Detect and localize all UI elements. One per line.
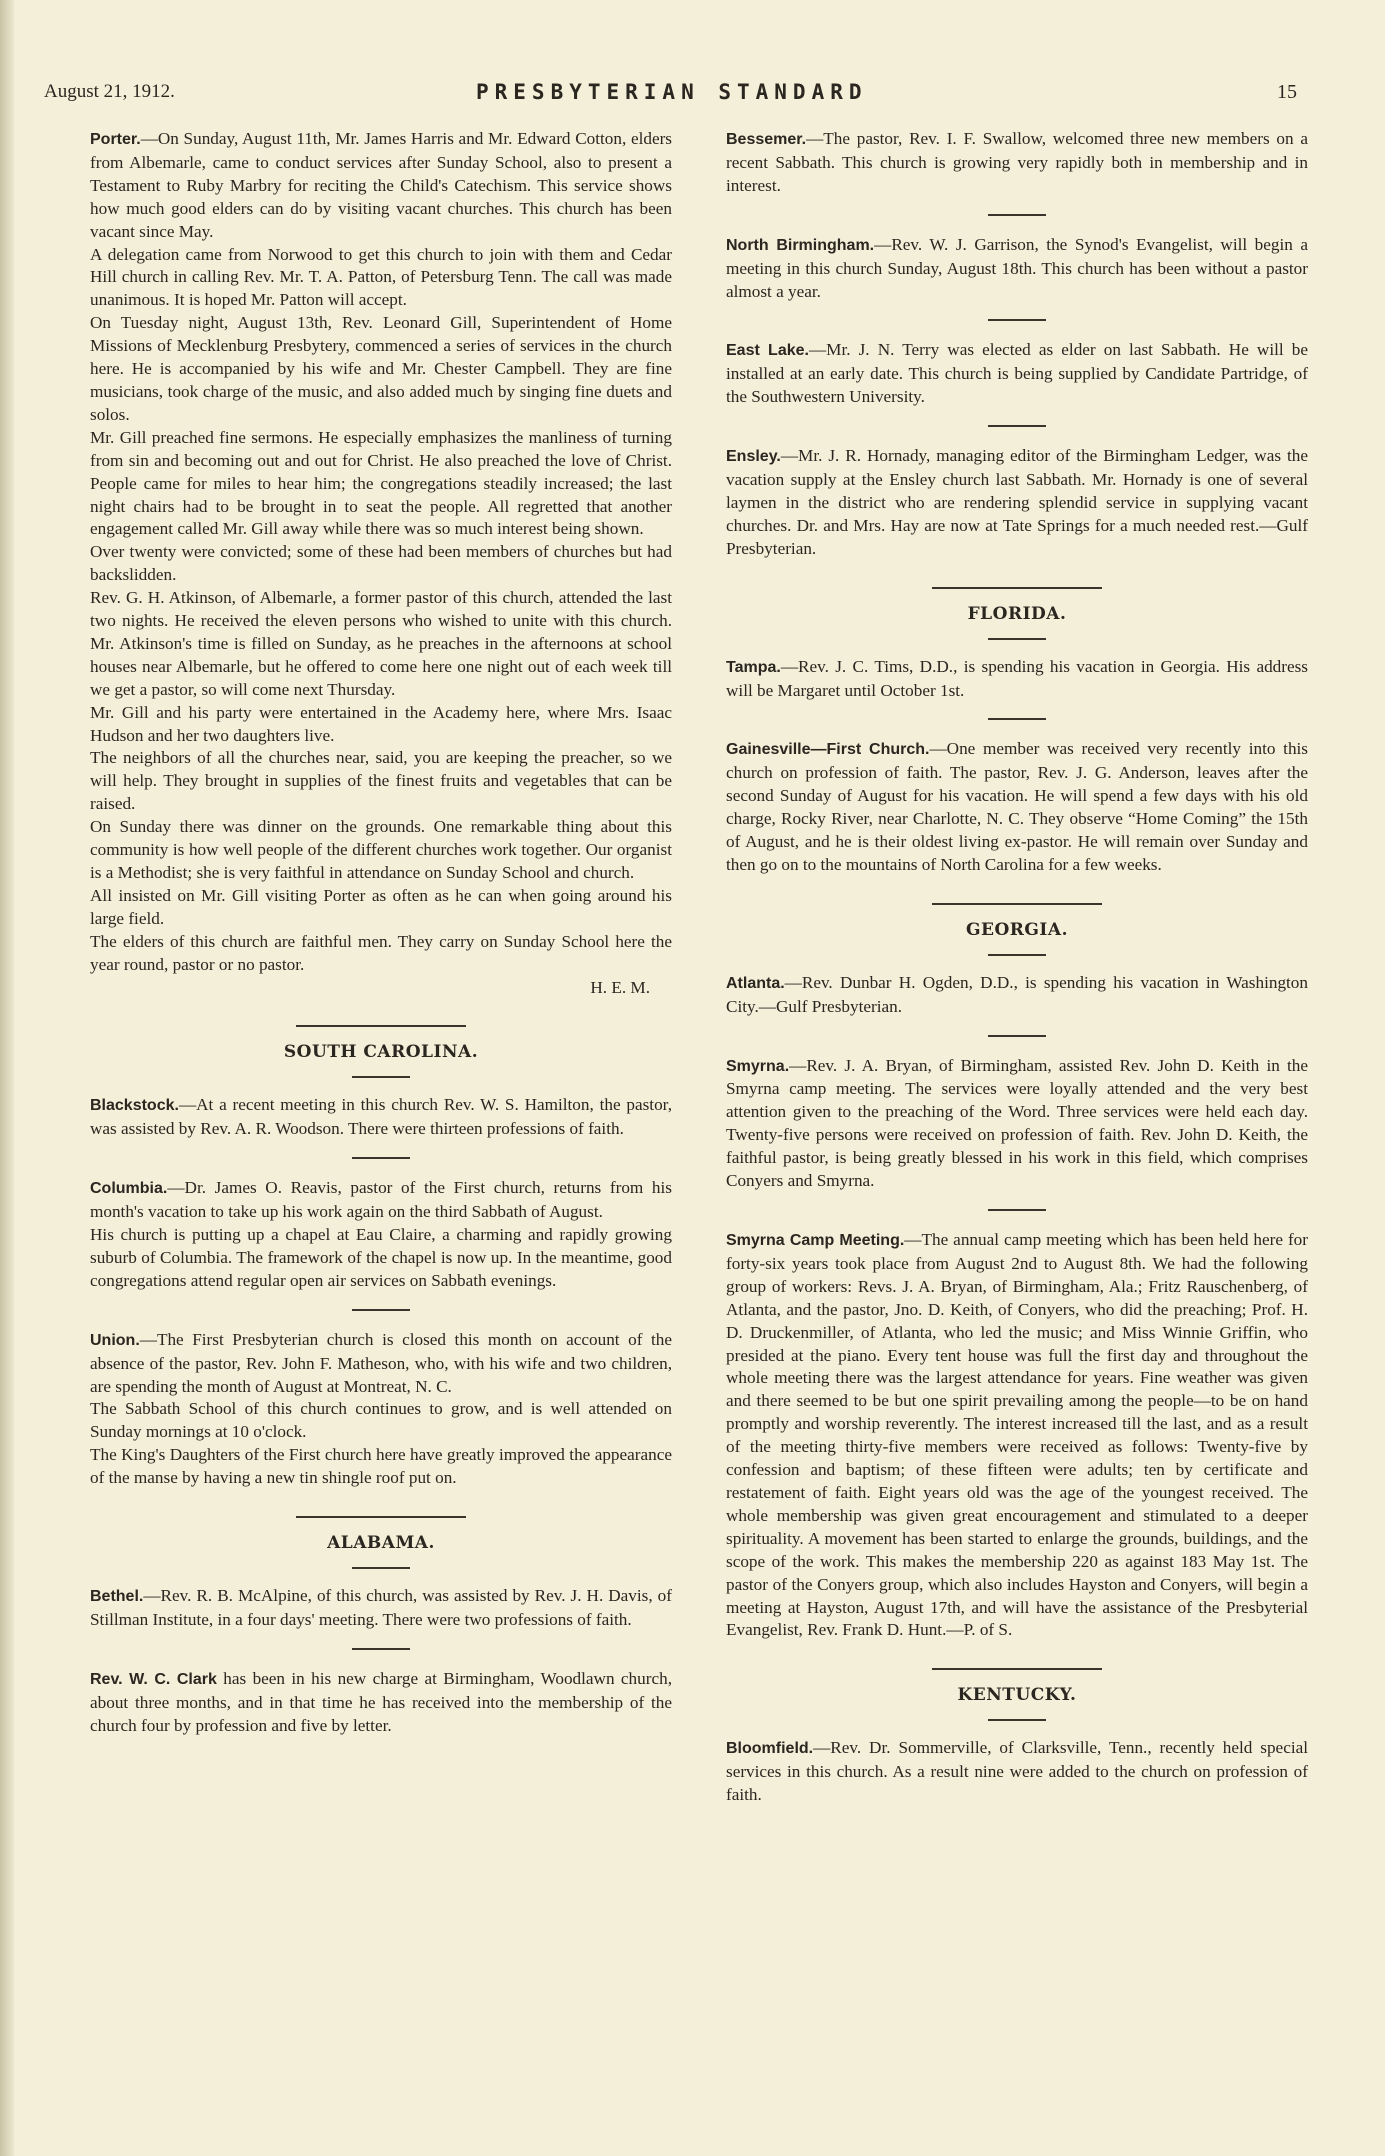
article-paragraph: Mr. Gill preached fine sermons. He espec…	[90, 427, 672, 542]
article-text: —The annual camp meeting which has been …	[726, 1230, 1308, 1639]
article-text: —Mr. J. R. Hornady, managing editor of t…	[726, 446, 1308, 558]
divider	[352, 1076, 410, 1078]
divider	[352, 1648, 410, 1650]
article-lead: East Lake.	[726, 342, 809, 359]
section-title-florida: FLORIDA.	[726, 603, 1308, 626]
issue-date: August 21, 1912.	[44, 81, 175, 103]
divider	[352, 1157, 410, 1159]
article-bessemer: Bessemer.—The pastor, Rev. I. F. Swallow…	[726, 128, 1308, 198]
divider	[988, 954, 1046, 956]
article-paragraph: On Sunday there was dinner on the ground…	[90, 816, 672, 885]
article-lead: Columbia.	[90, 1180, 167, 1197]
article-lead: Bethel.	[90, 1588, 143, 1605]
article-lead: Smyrna Camp Meeting.	[726, 1232, 904, 1249]
page-number: 15	[1277, 81, 1297, 104]
article-columbia: Columbia.—Dr. James O. Reavis, pastor of…	[90, 1177, 672, 1293]
article-ensley: Ensley.—Mr. J. R. Hornady, managing edit…	[726, 445, 1308, 561]
article-lead: Smyrna.	[726, 1058, 789, 1075]
article-paragraph: The Sabbath School of this church contin…	[90, 1398, 672, 1444]
divider	[988, 319, 1046, 321]
article-paragraph: His church is putting up a chapel at Eau…	[90, 1224, 672, 1293]
divider	[988, 1035, 1046, 1037]
article-atlanta: Atlanta.—Rev. Dunbar H. Ogden, D.D., is …	[726, 972, 1308, 1019]
divider	[988, 214, 1046, 216]
divider	[988, 638, 1046, 640]
article-lead: Bessemer.	[726, 131, 806, 148]
section-title-kentucky: KENTUCKY.	[726, 1684, 1308, 1707]
divider	[352, 1567, 410, 1569]
article-tampa: Tampa.—Rev. J. C. Tims, D.D., is spendin…	[726, 656, 1308, 703]
article-smyrna: Smyrna.—Rev. J. A. Bryan, of Birmingham,…	[726, 1055, 1308, 1193]
article-text: —Rev. J. C. Tims, D.D., is spending his …	[726, 657, 1308, 700]
article-lead: Union.	[90, 1332, 140, 1349]
article-paragraph: The elders of this church are faithful m…	[90, 931, 672, 977]
article-text: —Rev. R. B. McAlpine, of this church, wa…	[90, 1586, 672, 1629]
article-paragraph: The neighbors of all the churches near, …	[90, 747, 672, 816]
article-text: —Rev. J. A. Bryan, of Birmingham, assist…	[726, 1056, 1308, 1191]
article-paragraph: On Tuesday night, August 13th, Rev. Leon…	[90, 312, 672, 427]
article-text: —On Sunday, August 11th, Mr. James Harri…	[90, 129, 672, 241]
article-lead: Tampa.	[726, 659, 781, 676]
section-divider	[932, 903, 1102, 905]
article-text: —Dr. James O. Reavis, pastor of the Firs…	[90, 1178, 672, 1221]
section-divider	[296, 1516, 466, 1518]
article-paragraph: Rev. G. H. Atkinson, of Albemarle, a for…	[90, 587, 672, 702]
divider	[988, 425, 1046, 427]
article-lead: Ensley.	[726, 448, 781, 465]
article-east-lake: East Lake.—Mr. J. N. Terry was elected a…	[726, 339, 1308, 409]
article-text: —Rev. Dr. Sommerville, of Clarksville, T…	[726, 1738, 1308, 1804]
signature: H. E. M.	[90, 977, 672, 1000]
article-lead: Bloomfield.	[726, 1740, 813, 1757]
article-bloomfield: Bloomfield.—Rev. Dr. Sommerville, of Cla…	[726, 1737, 1308, 1807]
article-bethel: Bethel.—Rev. R. B. McAlpine, of this chu…	[90, 1585, 672, 1632]
section-title-alabama: ALABAMA.	[90, 1532, 672, 1555]
article-paragraph: The King's Daughters of the First church…	[90, 1444, 672, 1490]
divider	[352, 1309, 410, 1311]
article-text: —The First Presbyterian church is closed…	[90, 1330, 672, 1396]
divider	[988, 1209, 1046, 1211]
article-north-birmingham: North Birmingham.—Rev. W. J. Garrison, t…	[726, 234, 1308, 304]
article-lead: Blackstock.	[90, 1097, 179, 1114]
masthead-title: PRESBYTERIAN STANDARD	[476, 80, 868, 104]
article-text: —The pastor, Rev. I. F. Swallow, welcome…	[726, 129, 1308, 195]
article-porter: Porter.—On Sunday, August 11th, Mr. Jame…	[90, 128, 672, 999]
page-binding-edge	[0, 0, 14, 2156]
article-lead: Porter.	[90, 131, 141, 148]
section-divider	[932, 587, 1102, 589]
right-column: Bessemer.—The pastor, Rev. I. F. Swallow…	[726, 128, 1308, 1807]
section-title-south-carolina: SOUTH CAROLINA.	[90, 1041, 672, 1064]
article-text: —Rev. Dunbar H. Ogden, D.D., is spending…	[726, 973, 1308, 1016]
left-column: Porter.—On Sunday, August 11th, Mr. Jame…	[90, 128, 672, 1737]
divider	[988, 1719, 1046, 1721]
section-divider	[932, 1668, 1102, 1670]
article-blackstock: Blackstock.—At a recent meeting in this …	[90, 1094, 672, 1141]
article-paragraph: All insisted on Mr. Gill visiting Porter…	[90, 885, 672, 931]
article-union: Union.—The First Presbyterian church is …	[90, 1329, 672, 1490]
article-lead: North Birmingham.	[726, 237, 874, 254]
divider	[988, 718, 1046, 720]
section-title-georgia: GEORGIA.	[726, 919, 1308, 942]
article-paragraph: Mr. Gill and his party were entertained …	[90, 702, 672, 748]
article-lead: Atlanta.	[726, 975, 785, 992]
article-smyrna-camp-meeting: Smyrna Camp Meeting.—The annual camp mee…	[726, 1229, 1308, 1642]
article-paragraph: Over twenty were convicted; some of thes…	[90, 541, 672, 587]
article-gainesville: Gainesville—First Church.—One member was…	[726, 738, 1308, 876]
article-lead: Rev. W. C. Clark	[90, 1671, 217, 1688]
article-text: —One member was received very recently i…	[726, 739, 1308, 874]
article-clark: Rev. W. C. Clark has been in his new cha…	[90, 1668, 672, 1738]
article-text: —Mr. J. N. Terry was elected as elder on…	[726, 340, 1308, 406]
article-lead: Gainesville—First Church.	[726, 741, 929, 758]
section-divider	[296, 1025, 466, 1027]
page-header: August 21, 1912. PRESBYTERIAN STANDARD 1…	[44, 76, 1297, 108]
article-paragraph: A delegation came from Norwood to get th…	[90, 244, 672, 313]
